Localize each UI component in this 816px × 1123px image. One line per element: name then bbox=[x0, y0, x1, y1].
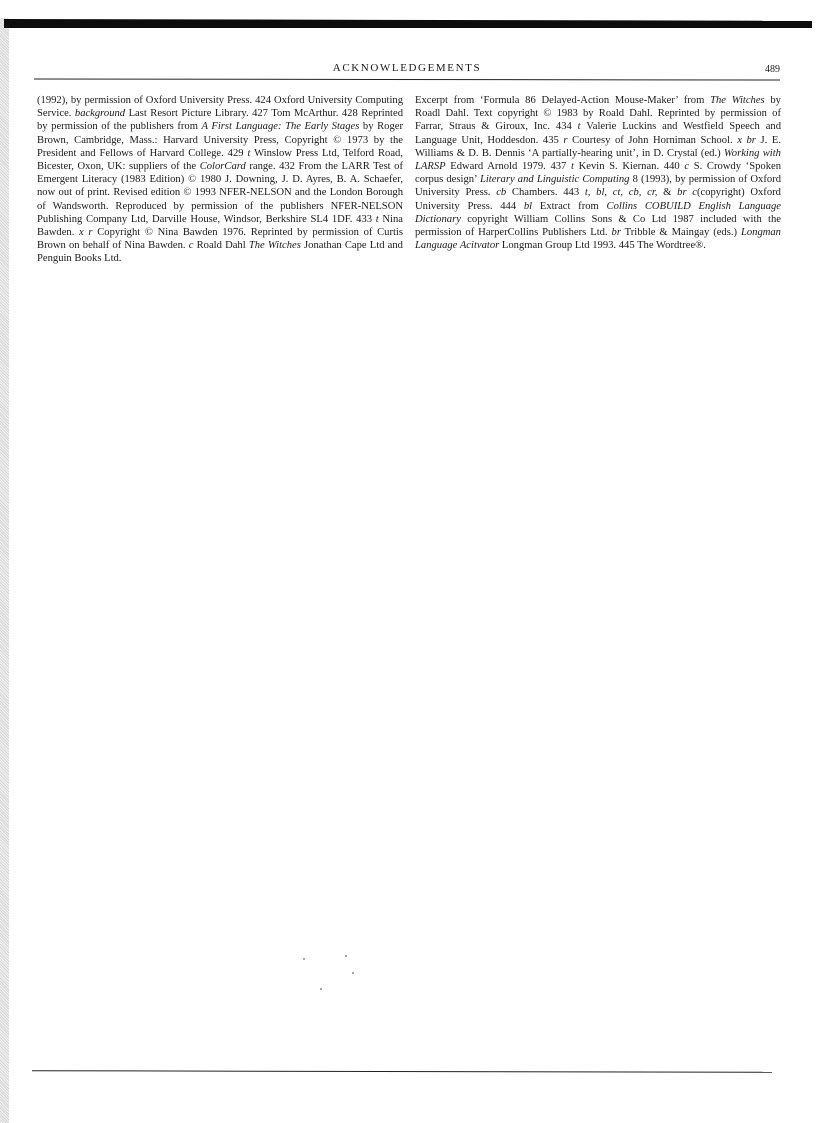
text-run: Edward Arnold 1979. 437 bbox=[446, 161, 571, 172]
text-run: Courtesy of John Horniman School. bbox=[568, 135, 738, 146]
italic-run: x r bbox=[79, 227, 93, 238]
scan-speck bbox=[345, 955, 347, 957]
text-run: Tribble & Maingay (eds.) bbox=[621, 227, 741, 238]
footer-rule bbox=[32, 1070, 772, 1073]
text-run: Extract from bbox=[532, 201, 606, 212]
scan-speck bbox=[303, 958, 305, 960]
right-column-text: Excerpt from ‘Formula 86 Delayed-Action … bbox=[415, 94, 781, 266]
header-rule bbox=[34, 78, 780, 80]
italic-run: background bbox=[75, 108, 125, 119]
text-run: Roald Dahl bbox=[193, 240, 248, 251]
italic-run: bl bbox=[524, 201, 532, 212]
italic-run: A First Language: The Early Stages bbox=[202, 121, 360, 132]
text-run: Longman Group Ltd 1993. 445 The Wordtree… bbox=[499, 240, 706, 251]
italic-run: cb bbox=[496, 187, 506, 198]
text-run: Excerpt from ‘Formula 86 Delayed-Action … bbox=[415, 95, 710, 106]
text-run: Chambers. 443 bbox=[506, 187, 585, 198]
italic-run: t, bl, ct, cb, cr, bbox=[585, 187, 658, 198]
running-title: ACKNOWLEDGEMENTS bbox=[34, 62, 780, 74]
italic-run: Literary and Linguistic Computing bbox=[480, 174, 630, 185]
italic-run: ColorCard bbox=[200, 161, 246, 172]
page-number: 489 bbox=[765, 64, 780, 75]
running-head: ACKNOWLEDGEMENTS 489 bbox=[34, 62, 780, 78]
scan-speck bbox=[320, 988, 322, 990]
body-columns: (1992), by permission of Oxford Universi… bbox=[37, 94, 781, 266]
scan-speck bbox=[352, 972, 354, 974]
italic-run: br bbox=[612, 227, 621, 238]
italic-run: x br bbox=[737, 135, 756, 146]
top-border-bar bbox=[4, 19, 812, 28]
italic-run: The Witches bbox=[710, 95, 765, 106]
text-run: Kevin S. Kiernan. 440 bbox=[574, 161, 684, 172]
italic-run: br c bbox=[677, 187, 697, 198]
scan-edge-shadow bbox=[0, 18, 9, 1123]
text-run: & bbox=[657, 187, 677, 198]
italic-run: The Witches bbox=[249, 240, 301, 251]
left-column-text: (1992), by permission of Oxford Universi… bbox=[37, 94, 403, 266]
